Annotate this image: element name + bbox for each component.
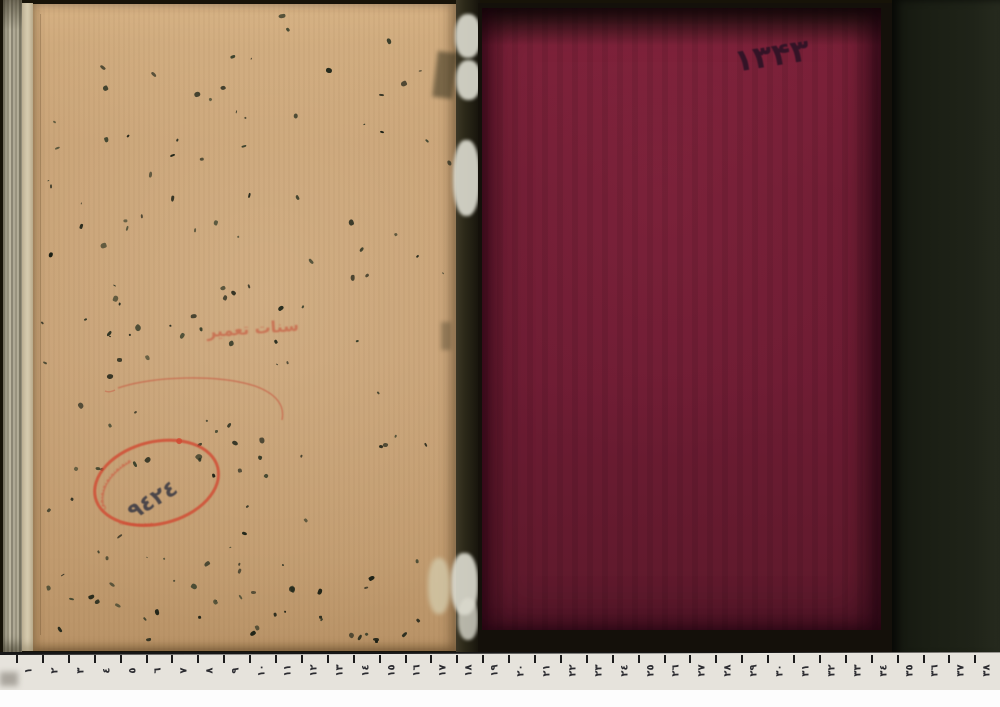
book-scan: سنات تعمير مىمىمىمىمىمىمىمى مىمىمىم	[0, 0, 1000, 707]
measuring-ruler: ١٢٣٤٥٦٧٨٩١٠١١١٢١٣١٤١٥١٦١٧١٨١٩٢٠٢١٢٢٢٣٢٤٢…	[0, 652, 1000, 690]
ruler-number: ٢٥	[645, 663, 656, 679]
ruler-number: ٣١	[800, 663, 811, 679]
ruler-tick	[197, 655, 199, 663]
left-page: سنات تعمير مىمىمىمىمىمىمىمى مىمىمىم	[33, 4, 456, 651]
cloth-board-edge	[892, 0, 1000, 657]
ruler-tick	[689, 655, 691, 663]
ruler-tick	[16, 655, 18, 663]
ruler-number: ٣	[75, 663, 86, 679]
scan-margin	[0, 690, 1000, 707]
ruler-tick	[120, 655, 122, 663]
ruler-number: ٢	[49, 663, 60, 679]
ruler-tick	[767, 655, 769, 663]
ruler-number: ٢١	[541, 663, 552, 679]
ruler-tick	[560, 655, 562, 663]
ruler-number: ٣٠	[775, 663, 786, 679]
spine-paper-blob	[453, 140, 480, 216]
ruler-tick	[327, 655, 329, 663]
ruler-number: ١٩	[490, 663, 501, 679]
ruler-number: ٢٠	[516, 663, 527, 679]
ruler-tick	[353, 655, 355, 663]
ruler-number: ٣٦	[930, 663, 941, 679]
ruler-number: ٨	[205, 663, 216, 679]
ruler-number: ١٤	[360, 663, 371, 679]
fore-edge-highlight	[22, 3, 33, 651]
ruler-number: ١	[23, 663, 34, 679]
ruler-tick	[923, 655, 925, 663]
ruler-tick	[379, 655, 381, 663]
back-cover-leather: ١٣۴٣	[482, 8, 881, 630]
ruler-number: ١٥	[386, 663, 397, 679]
ruler-tick	[793, 655, 795, 663]
ruler-number: ٩	[231, 663, 242, 679]
cover-date-inscription: ١٣۴٣	[732, 32, 812, 79]
ruler-number: ٢٩	[749, 663, 760, 679]
spine-paper-blob	[458, 598, 478, 640]
ruler-tick	[171, 655, 173, 663]
ruler-tick	[508, 655, 510, 663]
ruler-tick	[456, 655, 458, 663]
ruler-number: ٢٣	[593, 663, 604, 679]
stamp-number: ٩٤٢٤	[123, 476, 182, 525]
ruler-number: ١٧	[438, 663, 449, 679]
ruler-tick	[974, 655, 976, 663]
ruler-number: ٢٨	[723, 663, 734, 679]
ruler-tick	[664, 655, 666, 663]
spine-paper-blob	[428, 558, 450, 614]
red-flourish	[33, 4, 456, 651]
spine-gutter	[456, 0, 480, 656]
ruler-tick	[897, 655, 899, 663]
ruler-tick	[715, 655, 717, 663]
ruler-smudge	[0, 672, 18, 686]
ruler-tick	[68, 655, 70, 663]
ruler-tick	[405, 655, 407, 663]
ruler-tick	[94, 655, 96, 663]
ruler-tick	[249, 655, 251, 663]
ruler-number: ٢٢	[567, 663, 578, 679]
ruler-number: ٤	[101, 663, 112, 679]
ruler-number: ٣٥	[904, 663, 915, 679]
ruler-number: ٧	[179, 663, 190, 679]
ruler-tick	[741, 655, 743, 663]
ruler-tick	[948, 655, 950, 663]
ruler-tick	[482, 655, 484, 663]
ruler-tick	[223, 655, 225, 663]
ruler-number: ١٦	[412, 663, 423, 679]
ruler-tick	[638, 655, 640, 663]
ruler-number: ١٨	[464, 663, 475, 679]
ruler-number: ٥	[127, 663, 138, 679]
ruler-number: ٢٦	[671, 663, 682, 679]
ruler-number: ٣٤	[878, 663, 889, 679]
ruler-tick	[42, 655, 44, 663]
ruler-tick	[845, 655, 847, 663]
ruler-tick	[871, 655, 873, 663]
page-fore-edges	[3, 0, 22, 652]
ruler-number: ١٠	[257, 663, 268, 679]
ruler-number: ٣٧	[956, 663, 967, 679]
ruler-number: ١١	[282, 663, 293, 679]
back-cover: ١٣۴٣	[478, 3, 893, 653]
stamp-dot	[176, 437, 183, 444]
ruler-tick	[301, 655, 303, 663]
ruler-tick	[819, 655, 821, 663]
ruler-tick	[430, 655, 432, 663]
ruler-number: ٣٣	[852, 663, 863, 679]
ruler-number: ١٢	[308, 663, 319, 679]
ruler-tick	[586, 655, 588, 663]
ruler-tick	[146, 655, 148, 663]
ruler-number: ١٣	[334, 663, 345, 679]
ruler-number: ٣٨	[982, 663, 993, 679]
ruler-tick	[612, 655, 614, 663]
ruler-tick	[534, 655, 536, 663]
ruler-edge-line	[0, 652, 1000, 655]
ruler-number: ٢٤	[619, 663, 630, 679]
ruler-number: ٢٧	[697, 663, 708, 679]
ruler-number: ٦	[153, 663, 164, 679]
ruler-number: ٣٢	[826, 663, 837, 679]
ruler-tick	[275, 655, 277, 663]
